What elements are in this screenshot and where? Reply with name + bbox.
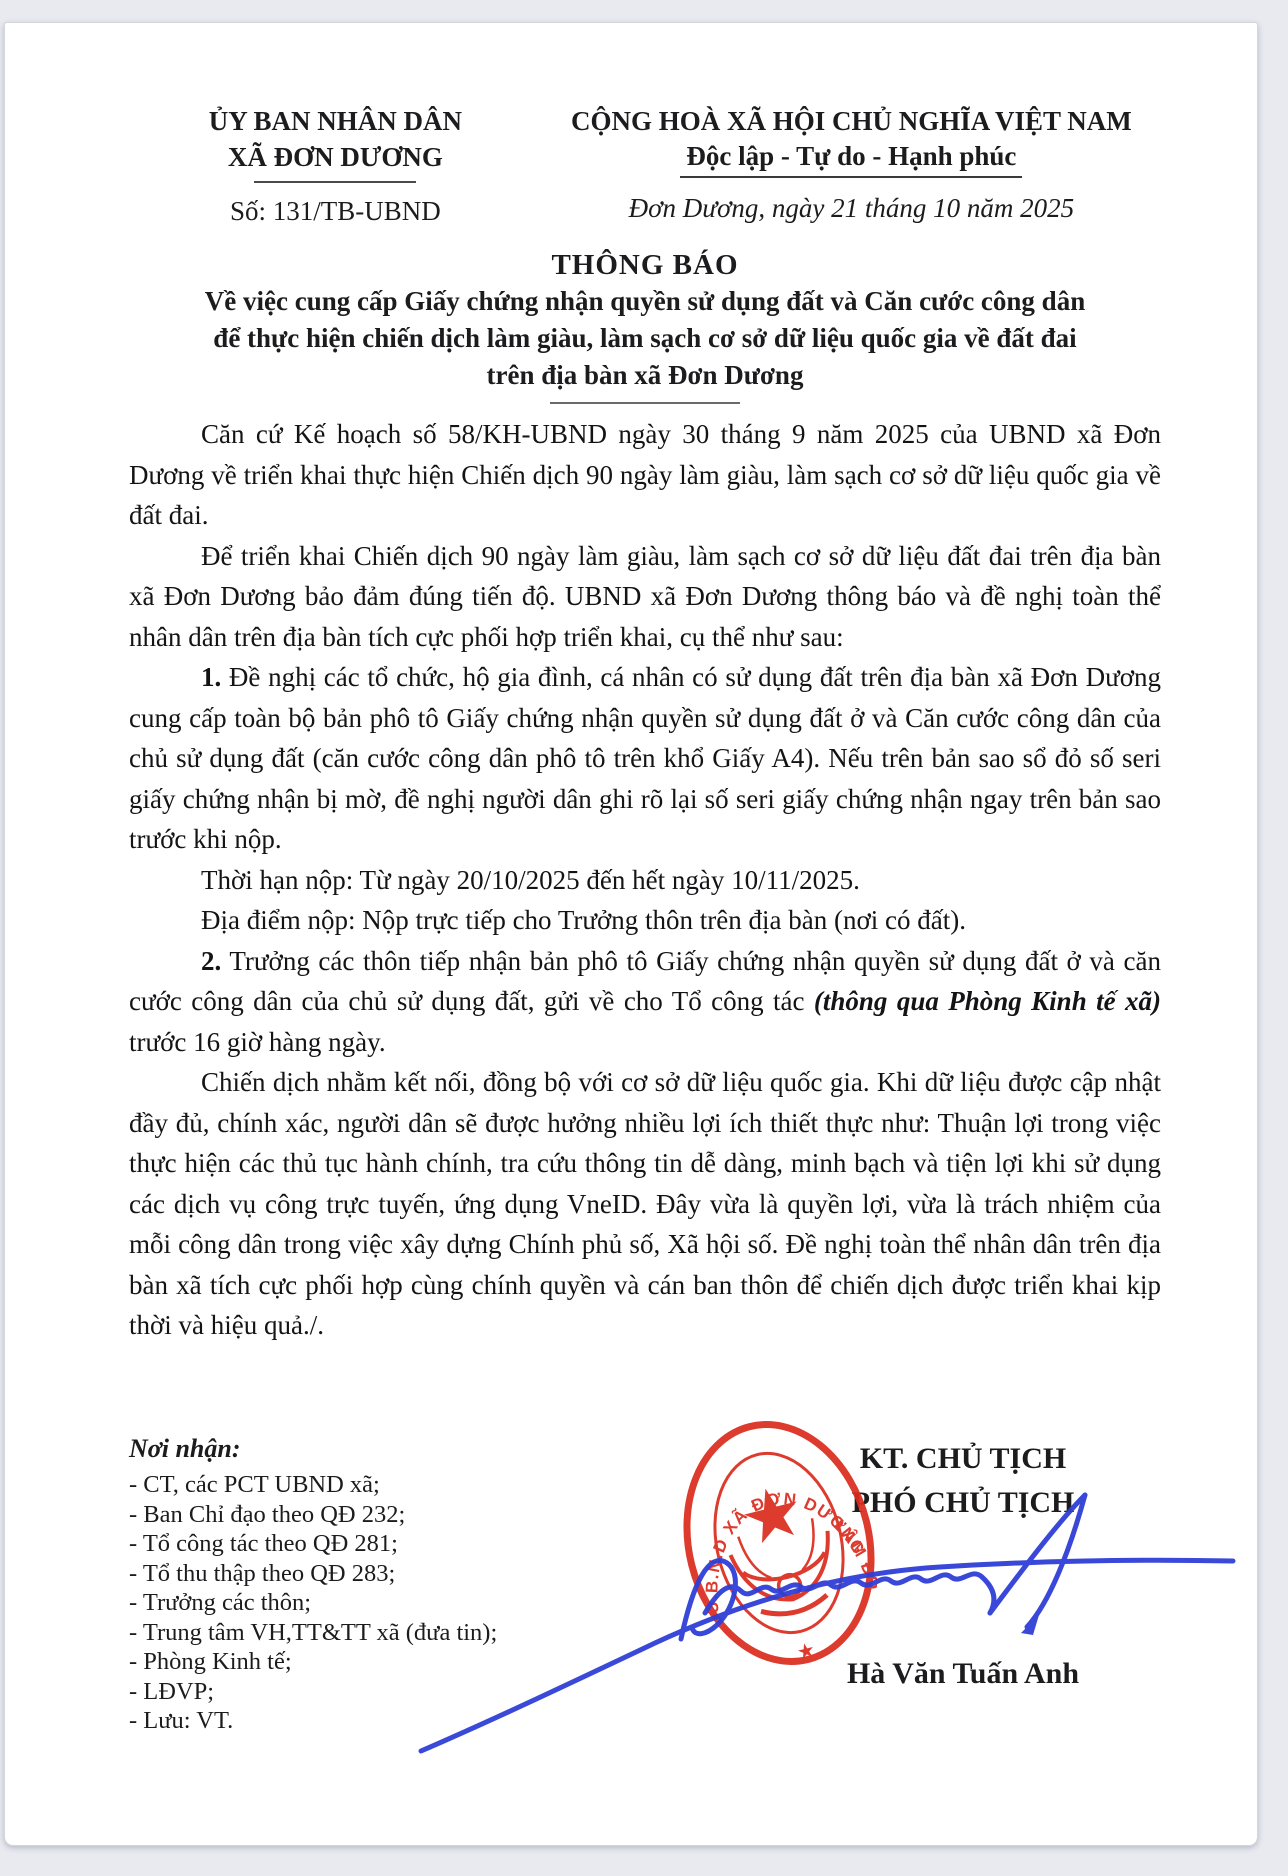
document-header: ỦY BAN NHÂN DÂN XÃ ĐƠN DƯƠNG Số: 131/TB-…	[129, 103, 1161, 229]
paragraph-item-2: 2. Trưởng các thôn tiếp nhận bản phô tô …	[129, 941, 1161, 1063]
subject-line-2: để thực hiện chiến dịch làm giàu, làm sạ…	[129, 320, 1161, 357]
title-underline	[550, 402, 740, 404]
org-name-line2: XÃ ĐƠN DƯƠNG	[129, 139, 542, 175]
org-underline	[254, 181, 416, 183]
subject-line-3: trên địa bàn xã Đơn Dương	[129, 357, 1161, 394]
paragraph-intro: Để triển khai Chiến dịch 90 ngày làm già…	[129, 536, 1161, 658]
official-seal: U.B.N.D XÃ ĐƠN DƯƠNG LÂM ĐỒNG ★	[681, 1415, 877, 1671]
seal-star-icon: ★	[795, 1639, 818, 1665]
item-1-text: Đề nghị các tổ chức, hộ gia đình, cá nhâ…	[129, 662, 1161, 854]
paragraph-location: Địa điểm nộp: Nộp trực tiếp cho Trưởng t…	[129, 900, 1161, 941]
list-item: - Trung tâm VH,TT&TT xã (đưa tin);	[129, 1618, 497, 1648]
issuing-org-block: ỦY BAN NHÂN DÂN XÃ ĐƠN DƯƠNG Số: 131/TB-…	[129, 103, 542, 229]
list-item: - Ban Chỉ đạo theo QĐ 232;	[129, 1500, 497, 1530]
list-item: - Phòng Kinh tế;	[129, 1647, 497, 1677]
item-2-emphasis: (thông qua Phòng Kinh tế xã)	[814, 986, 1161, 1016]
document-page: ỦY BAN NHÂN DÂN XÃ ĐƠN DƯƠNG Số: 131/TB-…	[4, 22, 1258, 1846]
org-name-line1: ỦY BAN NHÂN DÂN	[129, 103, 542, 139]
document-type-title: THÔNG BÁO	[129, 247, 1161, 283]
seal-group: U.B.N.D XÃ ĐƠN DƯƠNG LÂM ĐỒNG ★	[681, 1415, 877, 1671]
list-item: - Lưu: VT.	[129, 1706, 497, 1736]
national-motto: Độc lập - Tự do - Hạnh phúc	[680, 139, 1022, 178]
paragraph-basis: Căn cứ Kế hoạch số 58/KH-UBND ngày 30 th…	[129, 414, 1161, 536]
list-item: - Trưởng các thôn;	[129, 1588, 497, 1618]
item-2-number: 2.	[201, 946, 221, 976]
national-name: CỘNG HOÀ XÃ HỘI CHỦ NGHĨA VIỆT NAM	[542, 103, 1161, 139]
recipients-heading: Nơi nhận:	[129, 1434, 241, 1464]
subject-line-1: Về việc cung cấp Giấy chứng nhận quyền s…	[129, 283, 1161, 320]
place-date-line: Đơn Dương, ngày 21 tháng 10 năm 2025	[542, 190, 1161, 226]
item-2-text-b: trước 16 giờ hàng ngày.	[129, 1027, 386, 1057]
list-item: - LĐVP;	[129, 1677, 497, 1707]
list-item: - Tổ công tác theo QĐ 281;	[129, 1529, 497, 1559]
screenshot-background: ỦY BAN NHÂN DÂN XÃ ĐƠN DƯƠNG Số: 131/TB-…	[0, 0, 1288, 1876]
paragraph-benefits: Chiến dịch nhằm kết nối, đồng bộ với cơ …	[129, 1062, 1161, 1346]
list-item: - Tổ thu thập theo QĐ 283;	[129, 1559, 497, 1589]
list-item: - CT, các PCT UBND xã;	[129, 1470, 497, 1500]
signature-stroke	[1021, 1615, 1039, 1635]
document-number: Số: 131/TB-UBND	[129, 193, 542, 229]
paragraph-item-1: 1. Đề nghị các tổ chức, hộ gia đình, cá …	[129, 657, 1161, 860]
title-block: THÔNG BÁO Về việc cung cấp Giấy chứng nh…	[129, 247, 1161, 404]
paragraph-deadline: Thời hạn nộp: Từ ngày 20/10/2025 đến hết…	[129, 860, 1161, 901]
item-1-number: 1.	[201, 662, 221, 692]
recipients-list: - CT, các PCT UBND xã; - Ban Chỉ đạo the…	[129, 1470, 497, 1736]
national-motto-block: CỘNG HOÀ XÃ HỘI CHỦ NGHĨA VIỆT NAM Độc l…	[542, 103, 1161, 229]
document-body: Căn cứ Kế hoạch số 58/KH-UBND ngày 30 th…	[129, 414, 1161, 1346]
